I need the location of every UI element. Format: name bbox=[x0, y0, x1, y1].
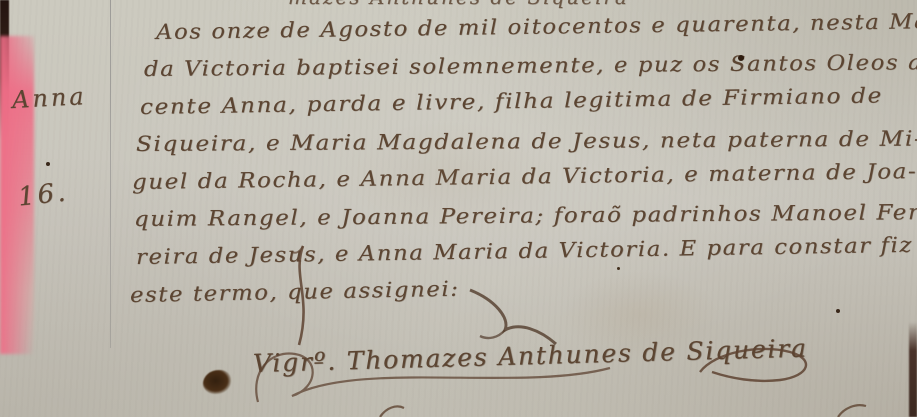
body-line: cente Anna, parda e livre, filha legitim… bbox=[140, 83, 883, 119]
body-line: Aos onze de Agosto de mil oitocentos e q… bbox=[156, 9, 917, 44]
body-line: reira de Jesus, e Anna Maria da Victoria… bbox=[136, 233, 913, 269]
priest-signature: Vigrº. Thomazes Anthunes de Siqueira bbox=[253, 334, 808, 378]
ink-speck bbox=[46, 162, 50, 166]
body-line: quim Rangel, e Joanna Pereira; foraõ pad… bbox=[134, 200, 917, 231]
body-line: guel da Rocha, e Anna Maria da Victoria,… bbox=[132, 159, 917, 194]
body-line: este termo, que assignei: bbox=[130, 277, 460, 307]
ink-speck bbox=[836, 309, 840, 313]
page-edge-shadow-right bbox=[909, 322, 917, 417]
margin-number-note: 16. bbox=[17, 177, 70, 212]
body-line: Siqueira, e Maria Magdalena de Jesus, ne… bbox=[136, 127, 917, 156]
clipped-previous-signature: mazes Anthunes de Siqueira bbox=[288, 0, 629, 9]
ink-blot bbox=[203, 370, 231, 394]
margin-rule-line bbox=[110, 0, 111, 348]
margin-name-note: Anna bbox=[11, 82, 87, 114]
body-line: da Victoria baptisei solemnemente, e puz… bbox=[144, 50, 917, 81]
ink-speck bbox=[617, 267, 620, 270]
manuscript-page: mazes Anthunes de Siqueira Anna 16. Aos … bbox=[0, 0, 917, 417]
